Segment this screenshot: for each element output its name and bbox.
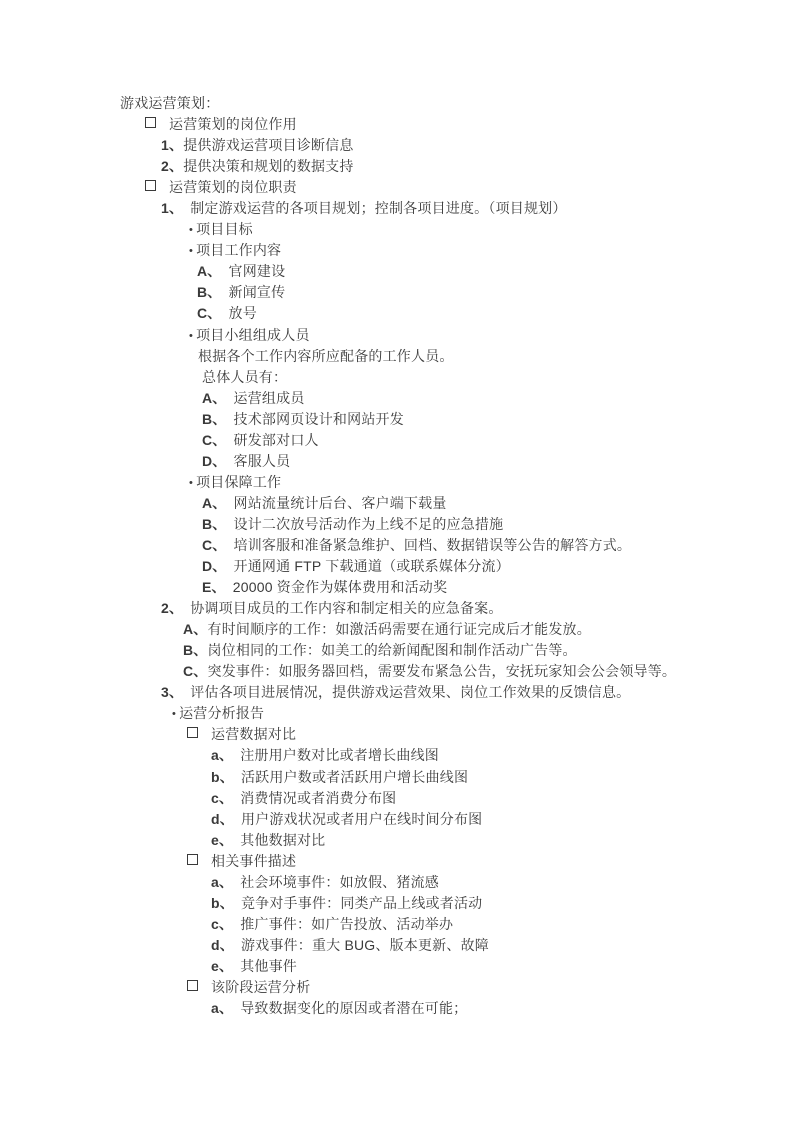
numbered-item: 1、提供游戏运营项目诊断信息 (0, 135, 794, 156)
item-marker: B、 (202, 411, 227, 427)
lettered-item: e、其他数据对比 (0, 830, 794, 851)
numbered-item: 2、协调项目成员的工作内容和制定相关的应急备案。 (0, 598, 794, 619)
item-text: 其他事件 (240, 958, 297, 974)
item-marker: a、 (211, 874, 233, 890)
lettered-item: a、注册用户数对比或者增长曲线图 (0, 745, 794, 766)
item-marker: e、 (211, 832, 233, 848)
item-text: 注册用户数对比或者增长曲线图 (240, 747, 439, 763)
item-text: 消费情况或者消费分布图 (240, 790, 396, 806)
item-marker: 2、 (161, 600, 183, 616)
lettered-item: C、研发部对口人 (0, 430, 794, 451)
doc-title-text: 游戏运营策划： (120, 95, 219, 111)
item-text: 技术部网页设计和网站开发 (234, 411, 404, 427)
item-text: 网站流量统计后台、客户端下载量 (234, 495, 447, 511)
numbered-item: 3、评估各项目进展情况，提供游戏运营效果、岗位工作效果的反馈信息。 (0, 682, 794, 703)
lettered-item: C、放号 (0, 303, 794, 324)
section-heading-text: 运营数据对比 (211, 726, 296, 742)
numbered-item: 2、提供决策和规划的数据支持 (0, 156, 794, 177)
bullet-item: •运营分析报告 (0, 703, 794, 724)
item-marker: A、 (183, 621, 208, 637)
note-line: 根据各个工作内容所应配备的工作人员。 (0, 346, 794, 367)
item-marker: C、 (183, 663, 208, 679)
item-text: 开通网通 FTP 下载通道（或联系媒体分流） (234, 558, 510, 574)
item-marker: d、 (211, 811, 234, 827)
sub-section-heading: 运营数据对比 (0, 724, 794, 745)
item-text: 有时间顺序的工作：如激活码需要在通行证完成后才能发放。 (208, 621, 591, 637)
item-marker: 2、 (161, 158, 183, 174)
bullet-icon: • (172, 708, 176, 720)
lettered-item: E、20000 资金作为媒体费用和活动奖 (0, 577, 794, 598)
item-marker: A、 (197, 263, 222, 279)
item-marker: 1、 (161, 137, 183, 153)
item-marker: B、 (197, 284, 222, 300)
section-heading: 运营策划的岗位作用 (0, 114, 794, 135)
item-text: 游戏事件：重大 BUG、版本更新、故障 (241, 937, 489, 953)
item-text: 活跃用户数或者活跃用户增长曲线图 (241, 769, 468, 785)
item-marker: 3、 (161, 684, 183, 700)
item-text: 20000 资金作为媒体费用和活动奖 (233, 579, 447, 595)
item-marker: 1、 (161, 200, 183, 216)
lettered-item: A、官网建设 (0, 261, 794, 282)
item-marker: e、 (211, 958, 233, 974)
item-text: 放号 (229, 305, 257, 321)
lettered-item: C、突发事件：如服务器回档，需要发布紧急公告，安抚玩家知会公会领导等。 (0, 661, 794, 682)
item-marker: A、 (202, 495, 227, 511)
bullet-icon: • (189, 477, 193, 489)
lettered-item: D、开通网通 FTP 下载通道（或联系媒体分流） (0, 556, 794, 577)
checkbox-icon (187, 980, 198, 991)
bullet-item: •项目工作内容 (0, 240, 794, 261)
item-text: 竞争对手事件：同类产品上线或者活动 (241, 895, 482, 911)
lettered-item: B、设计二次放号活动作为上线不足的应急措施 (0, 514, 794, 535)
checkbox-icon (145, 117, 156, 128)
bullet-item: •项目小组组成人员 (0, 325, 794, 346)
sub-section-heading: 相关事件描述 (0, 851, 794, 872)
item-marker: d、 (211, 937, 234, 953)
item-text: 提供决策和规划的数据支持 (183, 158, 353, 174)
item-text: 评估各项目进展情况，提供游戏运营效果、岗位工作效果的反馈信息。 (190, 684, 630, 700)
item-marker: C、 (202, 432, 227, 448)
item-text: 其他数据对比 (240, 832, 325, 848)
bullet-icon: • (189, 330, 193, 342)
section-heading-text: 相关事件描述 (211, 853, 296, 869)
item-text: 设计二次放号活动作为上线不足的应急措施 (234, 516, 504, 532)
lettered-item: e、其他事件 (0, 956, 794, 977)
item-text: 导致数据变化的原因或者潜在可能； (240, 1000, 467, 1016)
lettered-item: B、技术部网页设计和网站开发 (0, 409, 794, 430)
checkbox-icon (187, 854, 198, 865)
bullet-item: •项目保障工作 (0, 472, 794, 493)
numbered-item: 1、制定游戏运营的各项目规划；控制各项目进度。（项目规划） (0, 198, 794, 219)
lettered-item: d、用户游戏状况或者用户在线时间分布图 (0, 809, 794, 830)
item-text: 项目目标 (196, 221, 253, 237)
document-page: 游戏运营策划： 运营策划的岗位作用 1、提供游戏运营项目诊断信息 2、提供决策和… (0, 0, 794, 1019)
item-text: 推广事件：如广告投放、活动举办 (240, 916, 453, 932)
lettered-item: a、社会环境事件：如放假、猪流感 (0, 872, 794, 893)
doc-title: 游戏运营策划： (0, 93, 794, 114)
section-heading-text: 运营策划的岗位作用 (169, 116, 297, 132)
lettered-item: c、消费情况或者消费分布图 (0, 788, 794, 809)
item-marker: D、 (202, 453, 227, 469)
note-line: 总体人员有： (0, 367, 794, 388)
item-text: 客服人员 (234, 453, 291, 469)
checkbox-icon (187, 727, 198, 738)
lettered-item: b、活跃用户数或者活跃用户增长曲线图 (0, 767, 794, 788)
item-text: 培训客服和准备紧急维护、回档、数据错误等公告的解答方式。 (234, 537, 632, 553)
item-text: 总体人员有： (202, 369, 287, 385)
item-text: 突发事件：如服务器回档，需要发布紧急公告，安抚玩家知会公会领导等。 (208, 663, 677, 679)
item-text: 官网建设 (229, 263, 286, 279)
lettered-item: a、导致数据变化的原因或者潜在可能； (0, 998, 794, 1019)
lettered-item: c、推广事件：如广告投放、活动举办 (0, 914, 794, 935)
lettered-item: C、培训客服和准备紧急维护、回档、数据错误等公告的解答方式。 (0, 535, 794, 556)
lettered-item: B、新闻宣传 (0, 282, 794, 303)
item-text: 协调项目成员的工作内容和制定相关的应急备案。 (190, 600, 502, 616)
bullet-item: •项目目标 (0, 219, 794, 240)
lettered-item: b、竞争对手事件：同类产品上线或者活动 (0, 893, 794, 914)
item-marker: E、 (202, 579, 226, 595)
section-heading-text: 该阶段运营分析 (211, 979, 310, 995)
item-marker: B、 (183, 642, 208, 658)
item-marker: b、 (211, 895, 234, 911)
item-text: 运营组成员 (234, 390, 305, 406)
item-text: 研发部对口人 (234, 432, 319, 448)
section-heading-text: 运营策划的岗位职责 (169, 179, 297, 195)
item-text: 运营分析报告 (179, 705, 264, 721)
lettered-item: A、运营组成员 (0, 388, 794, 409)
item-text: 根据各个工作内容所应配备的工作人员。 (198, 348, 454, 364)
item-marker: D、 (202, 558, 227, 574)
item-marker: B、 (202, 516, 227, 532)
item-marker: c、 (211, 790, 233, 806)
checkbox-icon (145, 180, 156, 191)
lettered-item: d、游戏事件：重大 BUG、版本更新、故障 (0, 935, 794, 956)
lettered-item: A、网站流量统计后台、客户端下载量 (0, 493, 794, 514)
item-text: 项目保障工作 (196, 474, 281, 490)
bullet-icon: • (189, 245, 193, 257)
item-text: 岗位相同的工作：如美工的给新闻配图和制作活动广告等。 (208, 642, 577, 658)
item-text: 用户游戏状况或者用户在线时间分布图 (241, 811, 482, 827)
lettered-item: B、岗位相同的工作：如美工的给新闻配图和制作活动广告等。 (0, 640, 794, 661)
lettered-item: A、有时间顺序的工作：如激活码需要在通行证完成后才能发放。 (0, 619, 794, 640)
sub-section-heading: 该阶段运营分析 (0, 977, 794, 998)
item-text: 项目工作内容 (196, 242, 281, 258)
item-text: 提供游戏运营项目诊断信息 (183, 137, 353, 153)
section-heading: 运营策划的岗位职责 (0, 177, 794, 198)
item-text: 制定游戏运营的各项目规划；控制各项目进度。（项目规划） (190, 200, 566, 216)
item-marker: b、 (211, 769, 234, 785)
lettered-item: D、客服人员 (0, 451, 794, 472)
item-text: 新闻宣传 (229, 284, 286, 300)
item-marker: a、 (211, 747, 233, 763)
item-marker: C、 (202, 537, 227, 553)
bullet-icon: • (189, 224, 193, 236)
item-marker: A、 (202, 390, 227, 406)
item-text: 项目小组组成人员 (196, 327, 310, 343)
item-marker: a、 (211, 1000, 233, 1016)
item-marker: C、 (197, 305, 222, 321)
item-marker: c、 (211, 916, 233, 932)
item-text: 社会环境事件：如放假、猪流感 (240, 874, 439, 890)
